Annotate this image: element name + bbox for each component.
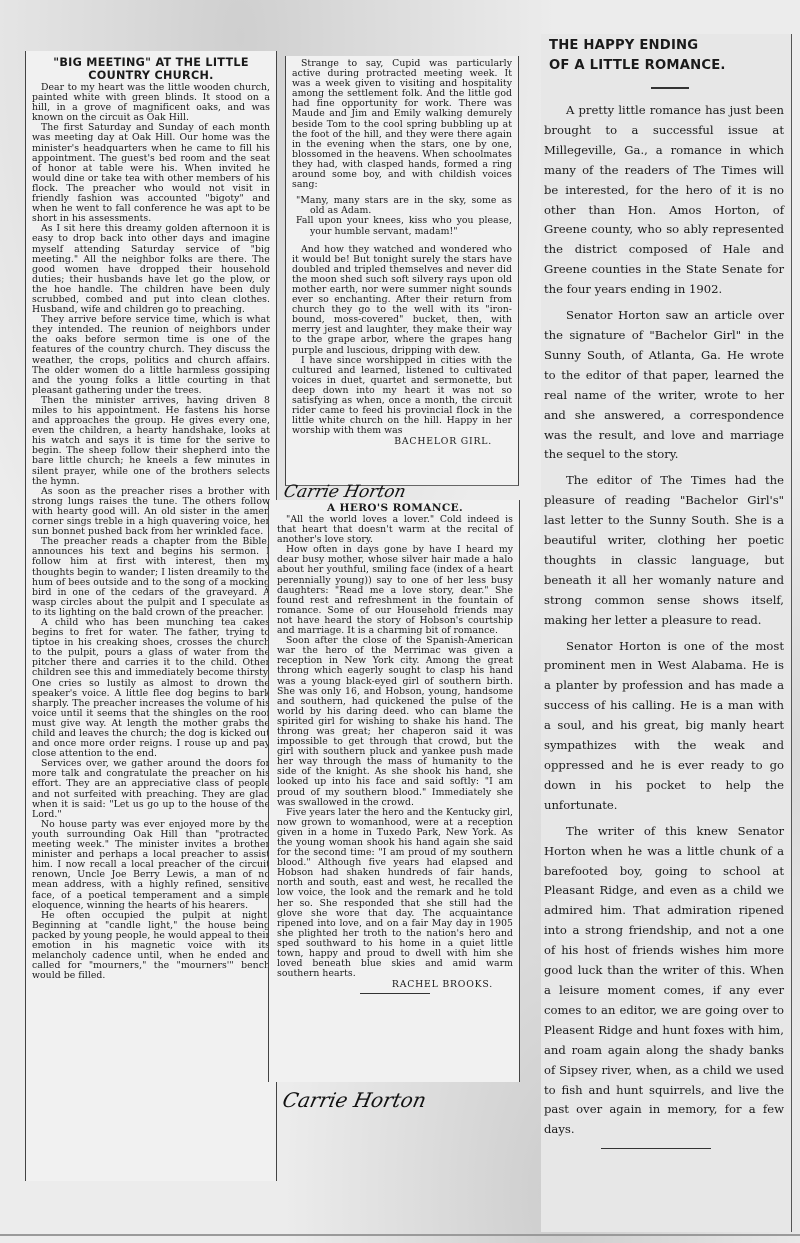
headline-happy-ending: THE HAPPY ENDING OF A LITTLE ROMANCE. (549, 36, 791, 76)
page-edge (0, 1234, 800, 1236)
paragraph: The writer of this knew Senator Horton w… (544, 822, 784, 1141)
byline-rachel-brooks: RACHEL BROOKS. (277, 979, 513, 990)
paragraph: The first Saturday and Sunday of each mo… (32, 123, 270, 224)
paragraph: As I sit here this dreamy golden afterno… (32, 224, 270, 315)
paragraph: Then the minister arrives, having driven… (32, 396, 270, 487)
clipping-happy-ending: THE HAPPY ENDING OF A LITTLE ROMANCE. A … (541, 34, 792, 1232)
paragraph: Strange to say, Cupid was particularly a… (292, 59, 512, 190)
headline-heros-romance: A HERO'S ROMANCE. (277, 502, 513, 514)
handwritten-signature-2: Carrie Horton (280, 1088, 428, 1112)
byline-bachelor-girl: BACHELOR GIRL. (292, 436, 512, 447)
article-body-happy-ending: A pretty little romance has just been br… (541, 101, 791, 1140)
headline-big-meeting: "BIG MEETING" AT THE LITTLE COUNTRY CHUR… (32, 56, 270, 82)
paragraph: No house party was ever enjoyed more by … (32, 820, 270, 911)
paragraph: Dear to my heart was the little wooden c… (32, 83, 270, 123)
paragraph: How often in days gone by have I heard m… (277, 545, 513, 636)
paragraph: The editor of The Times had the pleasure… (544, 471, 784, 630)
paragraph: Services over, we gather around the door… (32, 759, 270, 820)
paragraph: Soon after the close of the Spanish-Amer… (277, 636, 513, 808)
clipping-big-meeting: "BIG MEETING" AT THE LITTLE COUNTRY CHUR… (25, 51, 277, 1181)
article-body-heros-romance: "All the world loves a lover." Cold inde… (277, 515, 513, 979)
paragraph: Senator Horton saw an article over the s… (544, 306, 784, 465)
paragraph: And how they watched and wondered who it… (292, 245, 512, 356)
paragraph: As soon as the preacher rises a brother … (32, 487, 270, 537)
clipping-big-meeting-continued: Strange to say, Cupid was particularly a… (285, 56, 519, 486)
article-body-continued: Strange to say, Cupid was particularly a… (292, 59, 512, 447)
paragraph: "All the world loves a lover." Cold inde… (277, 515, 513, 545)
paragraph: He often occupied the pulpit at night. B… (32, 911, 270, 982)
poem-line: "Many, many stars are in the sky, some a… (292, 196, 512, 216)
divider (360, 993, 430, 994)
paragraph: A child who has been munching tea cakes … (32, 618, 270, 759)
divider (651, 87, 689, 89)
scrapbook-page: "BIG MEETING" AT THE LITTLE COUNTRY CHUR… (0, 0, 800, 1243)
paragraph: A pretty little romance has just been br… (544, 101, 784, 300)
paragraph: I have since worshipped in cities with t… (292, 356, 512, 437)
article-body-big-meeting: Dear to my heart was the little wooden c… (32, 83, 270, 981)
poem: "Many, many stars are in the sky, some a… (292, 196, 512, 236)
paragraph: Senator Horton is one of the most promin… (544, 637, 784, 816)
end-divider (601, 1148, 711, 1149)
headline-line-2: OF A LITTLE ROMANCE. (549, 56, 791, 76)
clipping-heros-romance: A HERO'S ROMANCE. "All the world loves a… (268, 500, 520, 1082)
paragraph: They arrive before service time, which i… (32, 315, 270, 396)
poem-line: Fall upon your knees, kiss who you pleas… (292, 216, 512, 236)
handwritten-signature-1: Carrie Horton (282, 482, 408, 502)
paragraph: The preacher reads a chapter from the Bi… (32, 537, 270, 618)
paragraph: Five years later the hero and the Kentuc… (277, 808, 513, 980)
headline-line-1: THE HAPPY ENDING (549, 36, 791, 56)
